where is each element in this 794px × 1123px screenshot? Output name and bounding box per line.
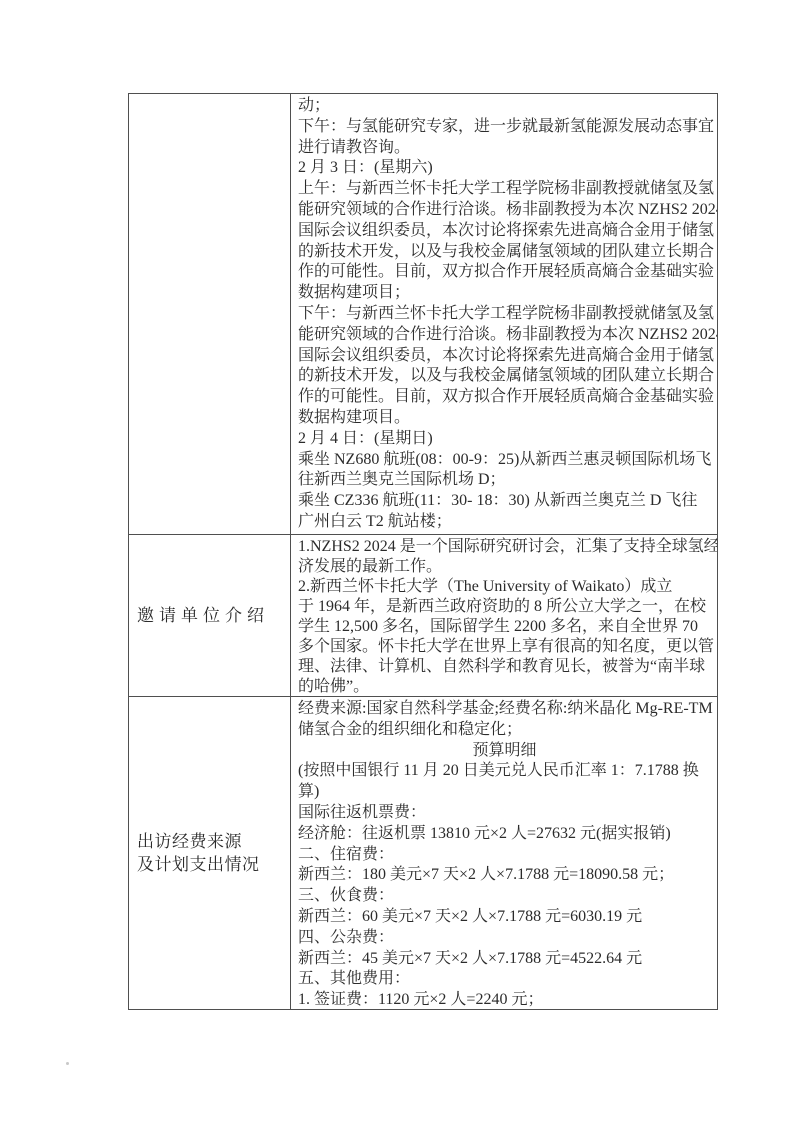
text-line: 的新技术开发，以及与我校金属储氢领域的团队建立长期合 bbox=[298, 366, 711, 387]
text-line: 下午：与氢能研究专家，进一步就最新氢能源发展动态事宜 bbox=[298, 117, 711, 138]
text-line: 四、公杂费： bbox=[298, 928, 711, 949]
text-line: 能研究领域的合作进行洽谈。杨非副教授为本次 NZHS2 2024 bbox=[298, 325, 711, 346]
text-line: 2 月 3 日：(星期六) bbox=[298, 158, 711, 179]
scan-artifact-dot bbox=[66, 1062, 69, 1065]
funding-content-cell: 经费来源:国家自然科学基金;经费名称:纳米晶化 Mg-RE-TM储氢合金的组织细… bbox=[291, 697, 717, 1009]
inviting-organization-content-cell: 1.NZHS2 2024 是一个国际研究研讨会，汇集了支持全球氢经济发展的最新工… bbox=[291, 535, 717, 696]
text-line: 能研究领域的合作进行洽谈。杨非副教授为本次 NZHS2 2024 bbox=[298, 200, 711, 221]
text-line: 国际会议组织委员，本次讨论将探索先进高熵合金用于储氢 bbox=[298, 221, 711, 242]
text-line: 乘坐 NZ680 航班(08：00-9：25)从新西兰惠灵顿国际机场飞 bbox=[298, 450, 711, 471]
text-line: 进行请教咨询。 bbox=[298, 138, 711, 159]
text-line: 广州白云 T2 航站楼； bbox=[298, 512, 711, 533]
table-row-funding: 出访经费来源及计划支出情况 经费来源:国家自然科学基金;经费名称:纳米晶化 Mg… bbox=[129, 696, 717, 1009]
text-line: 的哈佛”。 bbox=[298, 677, 711, 696]
text-line: 数据构建项目。 bbox=[298, 408, 711, 429]
text-line: 及计划支出情况 bbox=[137, 853, 290, 876]
text-line: 出访经费来源 bbox=[137, 830, 290, 853]
text-line: 多个国家。怀卡托大学在世界上享有很高的知名度，更以管 bbox=[298, 637, 711, 657]
text-line: 济发展的最新工作。 bbox=[298, 557, 711, 577]
document-page: 动；下午：与氢能研究专家，进一步就最新氢能源发展动态事宜进行请教咨询。2 月 3… bbox=[0, 0, 794, 1123]
text-line: 算) bbox=[298, 782, 711, 803]
text-line: 往新西兰奥克兰国际机场 D； bbox=[298, 470, 711, 491]
row-label-cell-empty bbox=[129, 94, 291, 534]
text-line: 乘坐 CZ336 航班(11：30- 18：30) 从新西兰奥克兰 D 飞往 bbox=[298, 491, 711, 512]
text-line: 1. 签证费：1120 元×2 人=2240 元； bbox=[298, 990, 711, 1009]
text-line: 经费来源:国家自然科学基金;经费名称:纳米晶化 Mg-RE-TM bbox=[298, 699, 711, 720]
text-line: 学生 12,500 多名，国际留学生 2200 多名，来自全世界 70 bbox=[298, 617, 711, 637]
text-line: 经济舱：往返机票 13810 元×2 人=27632 元(据实报销) bbox=[298, 824, 711, 845]
text-line: 理、法律、计算机、自然科学和教育见长，被誉为“南半球 bbox=[298, 657, 711, 677]
text-line: 国际往返机票费： bbox=[298, 803, 711, 824]
text-line: 1.NZHS2 2024 是一个国际研究研讨会，汇集了支持全球氢经 bbox=[298, 537, 711, 557]
text-line: 下午：与新西兰怀卡托大学工程学院杨非副教授就储氢及氢 bbox=[298, 304, 711, 325]
text-line: 数据构建项目； bbox=[298, 283, 711, 304]
text-line: 新西兰：60 美元×7 天×2 人×7.1788 元=6030.19 元 bbox=[298, 907, 711, 928]
text-line: 的新技术开发，以及与我校金属储氢领域的团队建立长期合 bbox=[298, 242, 711, 263]
text-line: 于 1964 年，是新西兰政府资助的 8 所公立大学之一，在校 bbox=[298, 597, 711, 617]
text-line: 2 月 4 日：(星期日) bbox=[298, 429, 711, 450]
text-line: 储氢合金的组织细化和稳定化； bbox=[298, 720, 711, 741]
row-label-inviting-organization: 邀请单位介绍 bbox=[129, 535, 291, 696]
text-line: 二、住宿费： bbox=[298, 845, 711, 866]
text-line: 作的可能性。目前，双方拟合作开展轻质高熵合金基础实验 bbox=[298, 262, 711, 283]
text-line: 预算明细 bbox=[298, 741, 711, 762]
table-row-itinerary: 动；下午：与氢能研究专家，进一步就最新氢能源发展动态事宜进行请教咨询。2 月 3… bbox=[129, 94, 717, 534]
application-form-table: 动；下午：与氢能研究专家，进一步就最新氢能源发展动态事宜进行请教咨询。2 月 3… bbox=[128, 93, 718, 1010]
row-label-funding: 出访经费来源及计划支出情况 bbox=[129, 697, 291, 1009]
text-line: 三、伙食费： bbox=[298, 886, 711, 907]
text-line: 作的可能性。目前，双方拟合作开展轻质高熵合金基础实验 bbox=[298, 387, 711, 408]
table-row-inviting-organization: 邀请单位介绍 1.NZHS2 2024 是一个国际研究研讨会，汇集了支持全球氢经… bbox=[129, 534, 717, 696]
text-line: 动； bbox=[298, 96, 711, 117]
text-line: 五、其他费用： bbox=[298, 969, 711, 990]
text-line: 国际会议组织委员，本次讨论将探索先进高熵合金用于储氢 bbox=[298, 346, 711, 367]
text-line: (按照中国银行 11 月 20 日美元兑人民币汇率 1：7.1788 换 bbox=[298, 761, 711, 782]
text-line: 上午：与新西兰怀卡托大学工程学院杨非副教授就储氢及氢 bbox=[298, 179, 711, 200]
text-line: 邀请单位介绍 bbox=[137, 604, 290, 627]
text-line: 新西兰：180 美元×7 天×2 人×7.1788 元=18090.58 元； bbox=[298, 865, 711, 886]
itinerary-content-cell: 动；下午：与氢能研究专家，进一步就最新氢能源发展动态事宜进行请教咨询。2 月 3… bbox=[291, 94, 717, 534]
text-line: 2.新西兰怀卡托大学（The University of Waikato）成立 bbox=[298, 577, 711, 597]
text-line: 新西兰：45 美元×7 天×2 人×7.1788 元=4522.64 元 bbox=[298, 949, 711, 970]
